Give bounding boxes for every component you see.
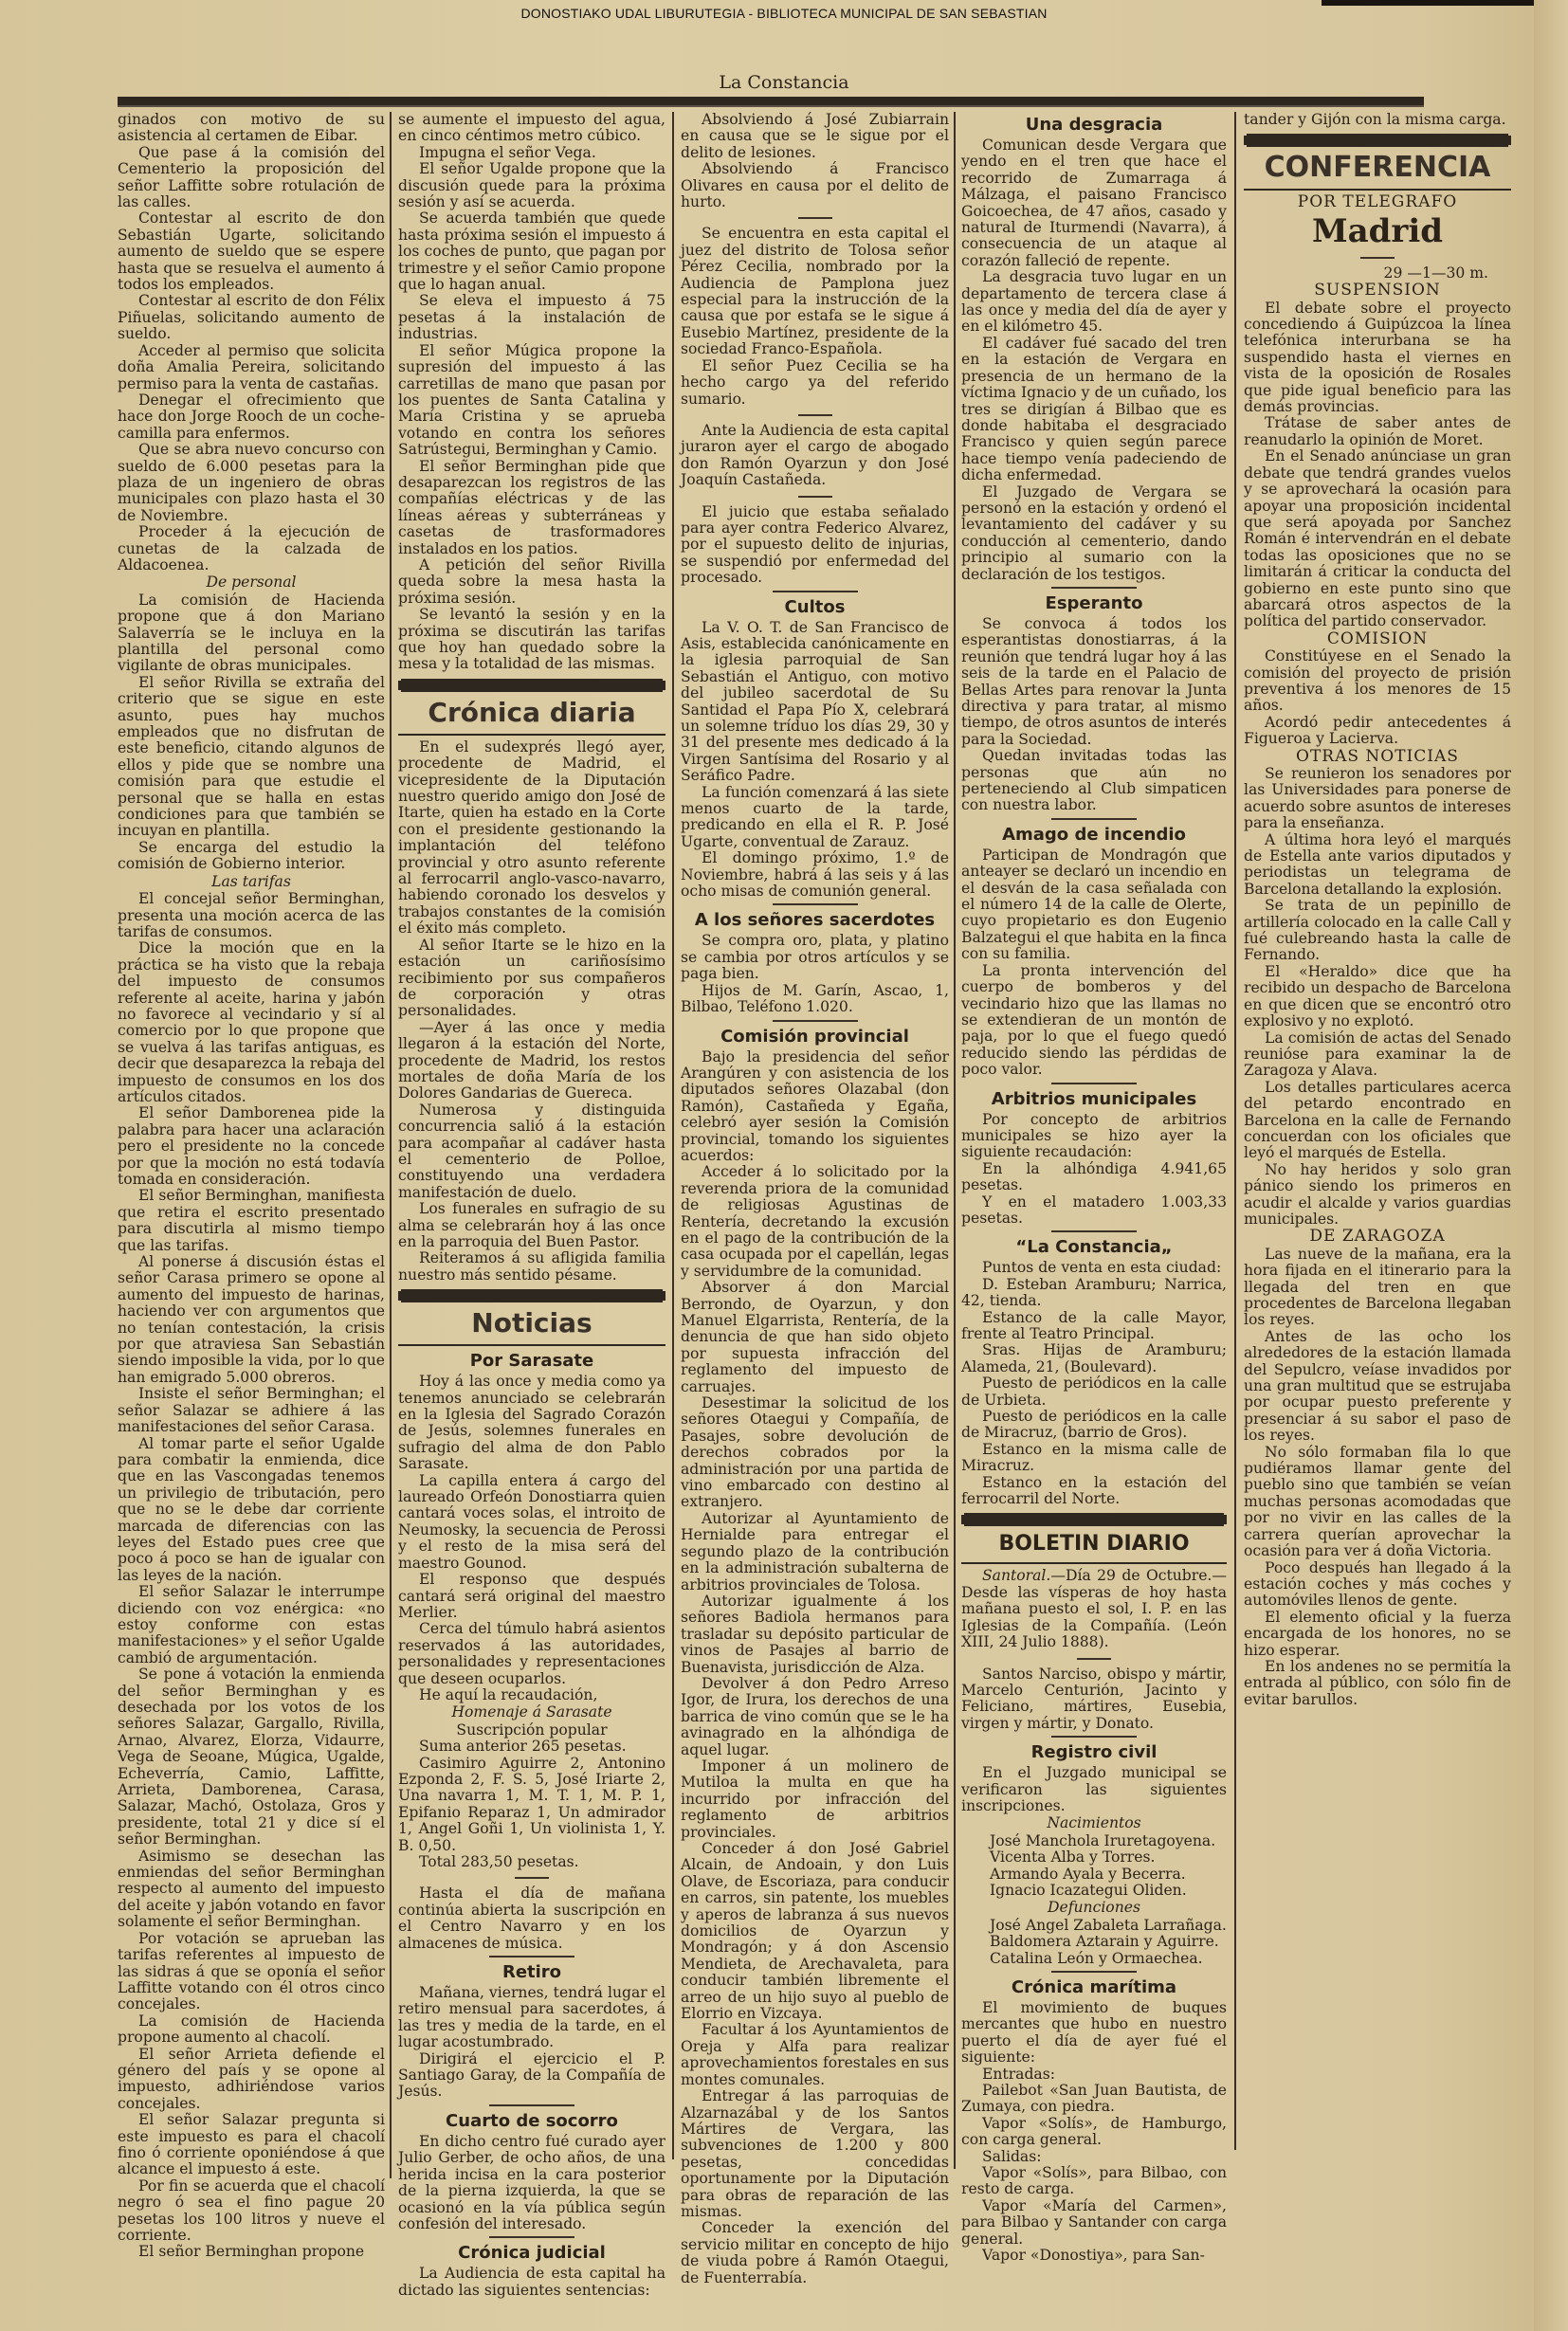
- page-edge: [1534, 0, 1568, 2331]
- paragraph: Cerca del túmulo habrá asientos reservad…: [398, 1621, 665, 1687]
- paragraph: Al tomar parte el señor Ugalde para comb…: [118, 1436, 385, 1585]
- paragraph: Se encarga del estudio la comisión de Go…: [118, 840, 385, 873]
- column-5: tander y Gijón con la misma carga. CONFE…: [1244, 112, 1511, 1708]
- paragraph: Conceder la exención del servicio milita…: [681, 2220, 949, 2286]
- paragraph: Reiteramos á su afligida familia nuestro…: [398, 1250, 665, 1284]
- separator: [1051, 818, 1137, 820]
- paragraph: Acceder al permiso que solicita doña Ama…: [118, 343, 385, 392]
- paragraph: Que pase á la comisión del Cementerio la…: [118, 145, 385, 211]
- dateline-city: Madrid: [1244, 212, 1511, 250]
- paragraph: La desgracia tuvo lugar en un departamen…: [961, 269, 1227, 336]
- paragraph: Vapor «Donostiya», para San-: [961, 2248, 1227, 2264]
- paragraph: La comisión de Hacienda propone aumento …: [118, 2013, 385, 2047]
- separator: [489, 1956, 574, 1958]
- paragraph: La función comenzará á las siete menos c…: [681, 785, 949, 851]
- column-rule: [672, 112, 674, 2159]
- paragraph: Al ponerse á discusión éstas el señor Ca…: [118, 1254, 385, 1386]
- column-2: se aumente el impuesto del agua, en cinc…: [398, 112, 665, 2299]
- paragraph: Por votación se aprueban las tarifas ref…: [118, 1931, 385, 2013]
- paragraph: Hoy á las once y media como ya tenemos a…: [398, 1374, 665, 1472]
- headline: Cuarto de socorro: [398, 2110, 665, 2133]
- paragraph: Hasta el día de mañana continúa abierta …: [398, 1885, 665, 1952]
- subheading: De personal: [118, 574, 385, 591]
- paragraph: En el Senado anúnciase un gran debate qu…: [1244, 448, 1511, 629]
- separator: [798, 217, 832, 219]
- section-rule: [1244, 136, 1511, 145]
- subheading: POR TELEGRAFO: [1244, 194, 1511, 210]
- column-rule: [1234, 112, 1236, 2150]
- paragraph: Y en el matadero 1.003,33 pesetas.: [961, 1194, 1227, 1228]
- paragraph: Desestimar la solicitud de los señores O…: [681, 1395, 949, 1511]
- list-item: Baldomera Aztarain y Aguirre.: [961, 1934, 1227, 1950]
- paragraph: La comisión de actas del Senado reunióse…: [1244, 1030, 1511, 1080]
- paragraph: Trátase de saber antes de reanudarlo la …: [1244, 415, 1511, 448]
- paragraph: A última hora leyó el marqués de Estella…: [1244, 832, 1511, 899]
- section-rule: [398, 681, 665, 690]
- paragraph: Insiste el señor Berminghan; el señor Sa…: [118, 1386, 385, 1435]
- headline: Crónica marítima: [961, 1976, 1227, 1999]
- paragraph: Numerosa y distinguida concurrencia sali…: [398, 1102, 665, 1201]
- paragraph: El señor Ugalde propone que la discusión…: [398, 161, 665, 210]
- headline: Amago de incendio: [961, 824, 1227, 847]
- paragraph: Constitúyese en el Senado la comisión de…: [1244, 648, 1511, 715]
- paragraph: No hay heridos y solo gran pánico siendo…: [1244, 1162, 1511, 1229]
- paragraph: Absorver á don Marcial Berrondo, de Oyar…: [681, 1280, 949, 1395]
- library-watermark: DONOSTIAKO UDAL LIBURUTEGIA - BIBLIOTECA…: [0, 6, 1568, 21]
- separator: [1051, 1230, 1137, 1232]
- subheading: DE ZARAGOZA: [1244, 1229, 1511, 1245]
- paragraph: Bajo la presidencia del señor Arangúren …: [681, 1049, 949, 1165]
- paragraph: Hijos de M. Garín, Ascao, 1, Bilbao, Tel…: [681, 983, 949, 1016]
- paragraph: Impugna el señor Vega.: [398, 145, 665, 161]
- headline: Esperanto: [961, 592, 1227, 615]
- subheading: Nacimientos: [961, 1815, 1227, 1831]
- paragraph: El responso que después cantará será ori…: [398, 1572, 665, 1621]
- paragraph: El Juzgado de Vergara se personó en la e…: [961, 484, 1227, 583]
- paragraph: El señor Arrieta defiende el género del …: [118, 2047, 385, 2113]
- paragraph: Contestar al escrito de don Sebastián Ug…: [118, 210, 385, 293]
- top-rule: [118, 97, 1424, 107]
- paragraph: Autorizar igualmente á los señores Badio…: [681, 1593, 949, 1676]
- separator: [489, 2236, 574, 2238]
- paragraph: Se reunieron los senadores por las Unive…: [1244, 766, 1511, 832]
- paragraph: Facultar á los Ayuntamientos de Oreja y …: [681, 2022, 949, 2088]
- paragraph: Asimismo se desechan las enmiendas del s…: [118, 1848, 385, 1931]
- column-4: Una desgracia Comunican desde Vergara qu…: [961, 112, 1227, 2265]
- paragraph: Devolver á don Pedro Arreso Igor, de Iru…: [681, 1676, 949, 1758]
- paragraph: Ante la Audiencia de esta capital juraro…: [681, 423, 949, 489]
- column-3: Absolviendo á José Zubiarrain en causa q…: [681, 112, 949, 2286]
- paragraph: El juicio que estaba señalado para ayer …: [681, 504, 949, 587]
- paragraph: Casimiro Aguirre 2, Antonino Ezponda 2, …: [398, 1756, 665, 1854]
- paragraph: El señor Múgica propone la supresión del…: [398, 343, 665, 459]
- paragraph: Se trata de un pepinillo de artillería c…: [1244, 898, 1511, 964]
- paragraph: La comisión de Hacienda propone que á do…: [118, 592, 385, 675]
- separator: [1051, 1083, 1137, 1084]
- rule: [398, 1344, 665, 1346]
- paragraph: Sras. Hijas de Aramburu; Alameda, 21, (B…: [961, 1342, 1227, 1375]
- paragraph: Poco después han llegado á la estación c…: [1244, 1560, 1511, 1610]
- paragraph: Contestar al escrito de don Félix Piñuel…: [118, 293, 385, 342]
- paragraph: En la alhóndiga 4.941,65 pesetas.: [961, 1161, 1227, 1194]
- paragraph: se aumente el impuesto del agua, en cinc…: [398, 112, 665, 145]
- paragraph: El señor Salazar pregunta si este impues…: [118, 2112, 385, 2178]
- paragraph: Se pone á votación la enmienda del señor…: [118, 1666, 385, 1848]
- paragraph: Estanco de la calle Mayor, frente al Tea…: [961, 1310, 1227, 1343]
- paragraph: El cadáver fué sacado del tren en la est…: [961, 336, 1227, 484]
- paragraph: El señor Berminghan pide que desaparezca…: [398, 459, 665, 557]
- section-title-boletin: BOLETIN DIARIO: [961, 1530, 1227, 1558]
- paragraph: Las nueve de la mañana, era la hora fija…: [1244, 1247, 1511, 1329]
- paragraph: Vapor «Solís», de Hamburgo, con carga ge…: [961, 2116, 1227, 2149]
- paragraph: Dirigirá el ejercicio el P. Santiago Gar…: [398, 2051, 665, 2101]
- rule: [398, 734, 665, 736]
- subheading: OTRAS NOTICIAS: [1244, 749, 1511, 765]
- paragraph: Absolviendo á Francisco Olivares en caus…: [681, 161, 949, 210]
- list-item: José Angel Zabaleta Larrañaga.: [961, 1918, 1227, 1934]
- paragraph: Entregar á las parroquias de Alzarnazába…: [681, 2088, 949, 2220]
- list-item: Armando Ayala y Becerra.: [961, 1867, 1227, 1883]
- separator: [1360, 257, 1395, 259]
- paragraph: La V. O. T. de San Francisco de Asis, es…: [681, 620, 949, 785]
- paragraph: El «Heraldo» dice que ha recibido un des…: [1244, 964, 1511, 1030]
- paragraph: Entradas:: [961, 2067, 1227, 2083]
- paragraph: —Ayer á las once y media llegaron á la e…: [398, 1020, 665, 1102]
- paragraph: Participan de Mondragón que anteayer se …: [961, 847, 1227, 963]
- santoral-label: Santoral.: [982, 1567, 1050, 1584]
- rule: [961, 1562, 1227, 1564]
- paragraph: En el Juzgado municipal se verificaron l…: [961, 1765, 1227, 1814]
- section-rule: [961, 1515, 1227, 1524]
- paragraph: Acordó pedir antecedentes á Figueroa y L…: [1244, 715, 1511, 748]
- paragraph: Salidas:: [961, 2149, 1227, 2165]
- paragraph: Dice la moción que en la práctica se ha …: [118, 940, 385, 1105]
- headline: Cultos: [681, 596, 949, 619]
- paragraph: Puesto de periódicos en la calle de Mira…: [961, 1409, 1227, 1442]
- separator: [798, 496, 832, 498]
- paragraph: Imponer á un molinero de Mutiloa la mult…: [681, 1758, 949, 1841]
- separator: [773, 591, 858, 592]
- headline: “La Constancia„: [961, 1236, 1227, 1259]
- paragraph: El concejal señor Berminghan, presenta u…: [118, 891, 385, 940]
- column-rule: [390, 112, 392, 2178]
- paragraph: El movimiento de buques mercantes que hu…: [961, 2000, 1227, 2067]
- paragraph: El señor Berminghan, manifiesta que reti…: [118, 1188, 385, 1254]
- paragraph: Se levantó la sesión y en la próxima se …: [398, 607, 665, 673]
- paragraph: Vapor «Solís», para Bilbao, con resto de…: [961, 2165, 1227, 2198]
- paragraph: ginados con motivo de su asistencia al c…: [118, 112, 385, 145]
- separator: [1051, 1736, 1137, 1738]
- headline: Por Sarasate: [398, 1350, 665, 1373]
- paragraph: D. Esteban Aramburu; Narrica, 42, tienda…: [961, 1277, 1227, 1310]
- subheading: Defunciones: [961, 1900, 1227, 1916]
- paragraph: Proceder á la ejecución de cunetas de la…: [118, 524, 385, 574]
- paragraph: El domingo próximo, 1.º de Noviembre, ha…: [681, 850, 949, 900]
- paragraph: En los andenes no se permitía la entrada…: [1244, 1659, 1511, 1708]
- paragraph: Se convoca á todos los esperantistas don…: [961, 616, 1227, 748]
- rule: [1244, 189, 1511, 191]
- separator: [798, 414, 832, 416]
- paragraph: Por fin se acuerda que el chacolí negro …: [118, 2178, 385, 2245]
- separator: [489, 2104, 574, 2106]
- masthead: La Constancia: [0, 72, 1568, 93]
- paragraph: Acceder á lo solicitado por la reverenda…: [681, 1164, 949, 1280]
- list-item: Ignacio Icazategui Oliden.: [961, 1883, 1227, 1899]
- paragraph: Al señor Itarte se le hizo en la estació…: [398, 938, 665, 1020]
- headline: Arbitrios municipales: [961, 1088, 1227, 1111]
- paragraph: Por concepto de arbitrios municipales se…: [961, 1112, 1227, 1161]
- paragraph: Absolviendo á José Zubiarrain en causa q…: [681, 112, 949, 161]
- paragraph: Se acuerda también que quede hasta próxi…: [398, 210, 665, 293]
- paragraph: Antes de las ocho los alrededores de la …: [1244, 1329, 1511, 1445]
- paragraph: Autorizar al Ayuntamiento de Hernialde p…: [681, 1511, 949, 1593]
- separator: [515, 1877, 549, 1879]
- subheading: SUSPENSION: [1244, 282, 1511, 299]
- column-1: ginados con motivo de su asistencia al c…: [118, 112, 385, 2261]
- paragraph: Estanco en la estación del ferrocarril d…: [961, 1475, 1227, 1508]
- headline: Una desgracia: [961, 114, 1227, 137]
- paragraph: Estanco en la misma calle de Miracruz.: [961, 1442, 1227, 1475]
- separator: [1051, 587, 1137, 589]
- paragraph: Los detalles particulares acerca del pet…: [1244, 1080, 1511, 1162]
- headline: A los señores sacerdotes: [681, 909, 949, 932]
- paragraph: Conceder á don José Gabriel Alcain, de A…: [681, 1841, 949, 2022]
- subheading: Suscripción popular: [398, 1722, 665, 1739]
- paragraph: En dicho centro fué curado ayer Julio Ge…: [398, 2134, 665, 2232]
- paragraph: El señor Berminghan propone: [118, 2244, 385, 2260]
- paragraph: Se eleva el impuesto á 75 pesetas á la i…: [398, 293, 665, 342]
- list-item: José Manchola Iruretagoyena.: [961, 1833, 1227, 1849]
- paragraph: El señor Rivilla se extraña del criterio…: [118, 675, 385, 840]
- section-title-conferencia: CONFERENCIA: [1244, 151, 1511, 185]
- paragraph: Denegar el ofrecimiento que hace don Jor…: [118, 392, 385, 442]
- paragraph: La capilla entera á cargo del laureado O…: [398, 1473, 665, 1572]
- subheading: Las tarifas: [118, 874, 385, 890]
- subheading: Homenaje á Sarasate: [398, 1704, 665, 1721]
- paragraph: El señor Salazar le interrumpe diciendo …: [118, 1584, 385, 1666]
- paragraph: Los funerales en sufragio de su alma se …: [398, 1201, 665, 1250]
- separator: [1051, 1971, 1137, 1973]
- paragraph: Se encuentra en esta capital el juez del…: [681, 226, 949, 357]
- paragraph: Se compra oro, plata, y platino se cambi…: [681, 933, 949, 982]
- list-item: Catalina León y Ormaechea.: [961, 1951, 1227, 1967]
- paragraph: Comunican desde Vergara que yendo en el …: [961, 137, 1227, 269]
- paragraph: Vapor «María del Carmen», para Bilbao y …: [961, 2198, 1227, 2248]
- dateline-time: 29 —1—30 m.: [1244, 265, 1511, 282]
- paragraph: El señor Puez Cecilia se ha hecho cargo …: [681, 358, 949, 408]
- paragraph: Que se abra nuevo concurso con sueldo de…: [118, 442, 385, 524]
- paragraph: A petición del señor Rivilla queda sobre…: [398, 557, 665, 607]
- section-title-noticias: Noticias: [398, 1306, 665, 1340]
- headline: Comisión provincial: [681, 1026, 949, 1048]
- column-rule: [954, 112, 956, 2169]
- paragraph: Puntos de venta en esta ciudad:: [961, 1260, 1227, 1276]
- paragraph: Suma anterior 265 pesetas.: [398, 1739, 665, 1755]
- paragraph: El debate sobre el proyecto concediendo …: [1244, 300, 1511, 416]
- paragraph: Total 283,50 pesetas.: [398, 1854, 665, 1870]
- separator: [1077, 1658, 1111, 1660]
- subheading: COMISION: [1244, 631, 1511, 647]
- paragraph: Santos Narciso, obispo y mártir, Marcelo…: [961, 1666, 1227, 1733]
- paragraph: En el sudexprés llegó ayer, procedente d…: [398, 739, 665, 938]
- paragraph: Puesto de periódicos en la calle de Urbi…: [961, 1375, 1227, 1409]
- paragraph: La Audiencia de esta capital ha dictado …: [398, 2266, 665, 2299]
- separator: [773, 903, 858, 905]
- headline: Retiro: [398, 1961, 665, 1984]
- paragraph: La pronta intervención del cuerpo de bom…: [961, 963, 1227, 1079]
- paragraph: Pailebot «San Juan Bautista, de Zumaya, …: [961, 2083, 1227, 2116]
- paragraph: No sólo formaban fila lo que pudiéramos …: [1244, 1445, 1511, 1560]
- newspaper-page: DONOSTIAKO UDAL LIBURUTEGIA - BIBLIOTECA…: [0, 0, 1568, 2331]
- headline: Crónica judicial: [398, 2242, 665, 2265]
- paragraph: Quedan invitadas todas las personas que …: [961, 748, 1227, 814]
- paragraph: tander y Gijón con la misma carga.: [1244, 112, 1511, 128]
- paragraph: El señor Damborenea pide la palabra para…: [118, 1105, 385, 1188]
- section-title-cronica-diaria: Crónica diaria: [398, 696, 665, 730]
- paragraph: He aquí la recaudación,: [398, 1687, 665, 1703]
- paragraph: Mañana, viernes, tendrá lugar el retiro …: [398, 1985, 665, 2051]
- headline: Registro civil: [961, 1741, 1227, 1764]
- section-rule: [398, 1291, 665, 1301]
- list-item: Vicenta Alba y Torres.: [961, 1849, 1227, 1866]
- paragraph: El elemento oficial y la fuerza encargad…: [1244, 1610, 1511, 1659]
- separator: [773, 1020, 858, 1022]
